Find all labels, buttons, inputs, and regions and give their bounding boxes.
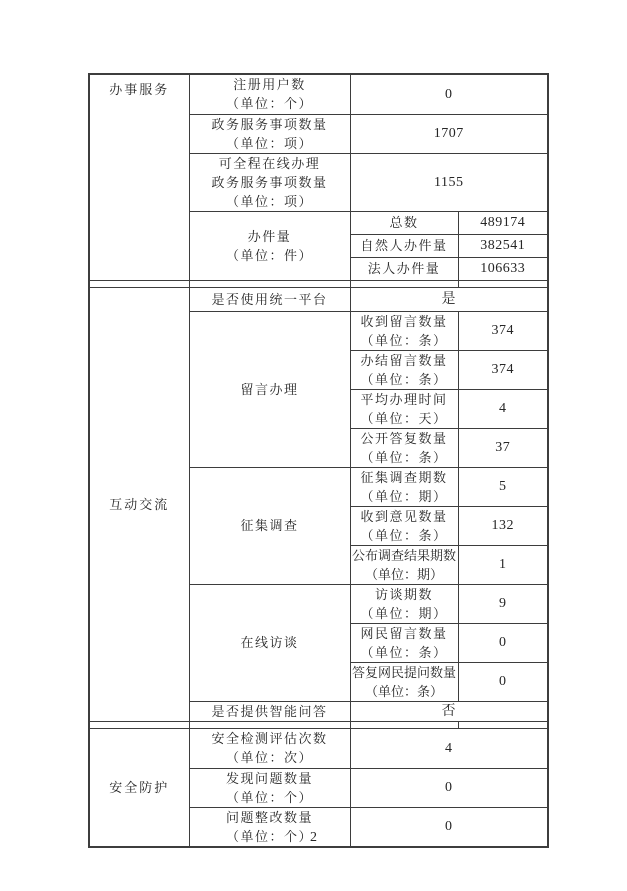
label-full-online-items: 可全程在线办理 政务服务事项数量 （单位：项）	[189, 153, 350, 211]
category-cell-security: 安全防护	[89, 728, 189, 847]
label-case-volume: 办件量 （单位：件）	[189, 211, 350, 280]
section-gap-cell	[89, 280, 189, 287]
value-interview-periods: 9	[458, 584, 548, 623]
row-label: 访谈期数	[352, 585, 457, 604]
sublabel-survey-periods: 征集调查期数 （单位：期）	[350, 467, 458, 506]
document-page: 办事服务 注册用户数 （单位：个） 0 政务服务事项数量 （单位：项） 1707…	[0, 0, 627, 891]
row-label: 问题整改数量	[191, 808, 349, 827]
sublabel-netizen-messages: 网民留言数量 （单位：条）	[350, 623, 458, 662]
section-gap-cell	[350, 721, 458, 728]
value-total: 489174	[458, 211, 548, 234]
row-label: 公布调查结果期数	[352, 546, 457, 565]
section-gap-cell	[458, 280, 548, 287]
row-label: 平均办理时间	[352, 390, 457, 409]
row-unit: （单位：期）	[352, 487, 457, 506]
value-average-handling-time: 4	[458, 389, 548, 428]
row-unit: （单位：条）	[352, 331, 457, 350]
category-cell-interaction: 互动交流	[89, 287, 189, 721]
row-unit: （单位：条）	[352, 682, 457, 701]
row-label: 发现问题数量	[191, 769, 349, 788]
section-gap-cell	[350, 280, 458, 287]
row-unit: （单位：条）	[352, 448, 457, 467]
page-number: 2	[0, 830, 627, 846]
row-unit: （单位：项）	[191, 192, 349, 211]
row-unit: （单位：条）	[352, 643, 457, 662]
table-row: 安全防护 安全检测评估次数 （单位：次） 4	[89, 728, 548, 768]
sublabel-average-handling-time: 平均办理时间 （单位：天）	[350, 389, 458, 428]
row-unit: （单位：天）	[352, 409, 457, 428]
value-legal-person: 106633	[458, 257, 548, 280]
section-gap	[89, 280, 548, 287]
section-gap-cell	[89, 721, 189, 728]
section-gap-cell	[458, 721, 548, 728]
row-unit: （单位：项）	[191, 134, 349, 153]
label-service-items: 政务服务事项数量 （单位：项）	[189, 114, 350, 153]
sublabel-questions-answered: 答复网民提问数量 （单位：条）	[350, 662, 458, 701]
row-label: 征集调查期数	[352, 468, 457, 487]
label-smart-qa: 是否提供智能问答	[189, 701, 350, 721]
row-label: 注册用户数	[191, 75, 349, 94]
sublabel-public-replies: 公开答复数量 （单位：条）	[350, 428, 458, 467]
label-online-interview: 在线访谈	[189, 584, 350, 701]
label-survey: 征集调查	[189, 467, 350, 584]
row-label: 办结留言数量	[352, 351, 457, 370]
section-gap-cell	[189, 721, 350, 728]
value-netizen-messages: 0	[458, 623, 548, 662]
sublabel-natural-person: 自然人办件量	[350, 234, 458, 257]
label-registered-users: 注册用户数 （单位：个）	[189, 74, 350, 114]
value-survey-periods: 5	[458, 467, 548, 506]
row-label: 收到留言数量	[352, 312, 457, 331]
value-messages-received: 374	[458, 311, 548, 350]
category-label: 办事服务	[91, 80, 188, 99]
value-service-items: 1707	[350, 114, 548, 153]
row-label: 政务服务事项数量	[191, 173, 349, 192]
sublabel-opinions-received: 收到意见数量 （单位：条）	[350, 506, 458, 545]
row-unit: （单位：条）	[352, 370, 457, 389]
value-unified-platform: 是	[350, 287, 548, 311]
row-label: 公开答复数量	[352, 429, 457, 448]
value-smart-qa: 否	[350, 701, 548, 721]
category-label: 安全防护	[91, 778, 188, 797]
row-label: 安全检测评估次数	[191, 729, 349, 748]
row-unit: （单位：条）	[352, 526, 457, 545]
label-unified-platform: 是否使用统一平台	[189, 287, 350, 311]
value-messages-resolved: 374	[458, 350, 548, 389]
sublabel-messages-received: 收到留言数量 （单位：条）	[350, 311, 458, 350]
category-label: 互动交流	[91, 495, 188, 514]
row-label: 办件量	[191, 227, 349, 246]
category-cell-service: 办事服务	[89, 74, 189, 280]
row-label: 收到意见数量	[352, 507, 457, 526]
row-label: 答复网民提问数量	[352, 663, 457, 682]
table-row: 互动交流 是否使用统一平台 是	[89, 287, 548, 311]
row-unit: （单位：期）	[352, 604, 457, 623]
label-security-checks: 安全检测评估次数 （单位：次）	[189, 728, 350, 768]
value-security-checks: 4	[350, 728, 548, 768]
sublabel-total: 总数	[350, 211, 458, 234]
section-gap	[89, 721, 548, 728]
value-registered-users: 0	[350, 74, 548, 114]
value-results-published: 1	[458, 545, 548, 584]
report-table: 办事服务 注册用户数 （单位：个） 0 政务服务事项数量 （单位：项） 1707…	[88, 73, 549, 848]
section-gap-cell	[189, 280, 350, 287]
value-natural-person: 382541	[458, 234, 548, 257]
row-unit: （单位：期）	[352, 565, 457, 584]
sublabel-results-published: 公布调查结果期数 （单位：期）	[350, 545, 458, 584]
row-unit: （单位：次）	[191, 748, 349, 767]
row-unit: （单位：个）	[191, 788, 349, 807]
value-public-replies: 37	[458, 428, 548, 467]
row-label: 可全程在线办理	[191, 154, 349, 173]
row-unit: （单位：个）	[191, 94, 349, 113]
row-unit: （单位：件）	[191, 246, 349, 265]
sublabel-interview-periods: 访谈期数 （单位：期）	[350, 584, 458, 623]
label-problems-found: 发现问题数量 （单位：个）	[189, 768, 350, 807]
value-problems-found: 0	[350, 768, 548, 807]
value-full-online-items: 1155	[350, 153, 548, 211]
sublabel-legal-person: 法人办件量	[350, 257, 458, 280]
row-label: 政务服务事项数量	[191, 115, 349, 134]
value-opinions-received: 132	[458, 506, 548, 545]
label-message-handling: 留言办理	[189, 311, 350, 467]
row-label: 网民留言数量	[352, 624, 457, 643]
table-row: 办事服务 注册用户数 （单位：个） 0	[89, 74, 548, 114]
sublabel-messages-resolved: 办结留言数量 （单位：条）	[350, 350, 458, 389]
value-questions-answered: 0	[458, 662, 548, 701]
